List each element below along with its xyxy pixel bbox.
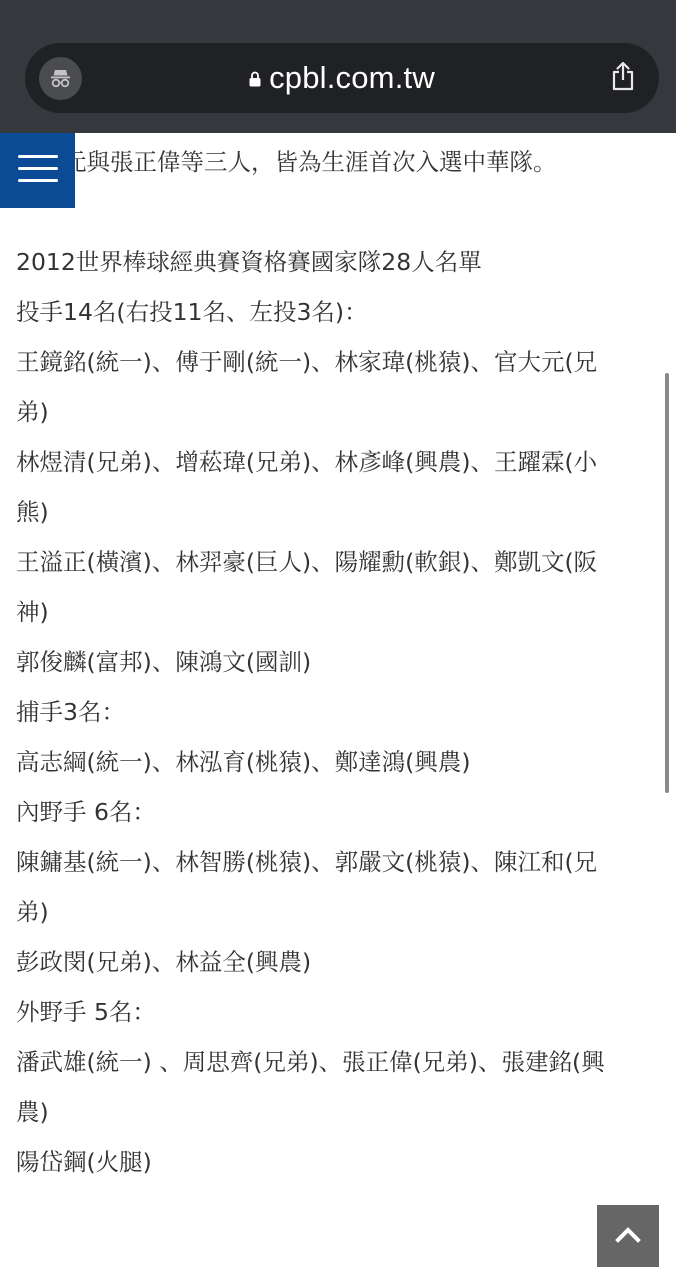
lock-icon [249, 71, 261, 87]
roster-line: 弟) [16, 897, 49, 927]
roster-line: 潘武雄(統一) 、周思齊(兄弟)、張正偉(兄弟)、張建銘(興 [16, 1047, 605, 1077]
share-icon[interactable] [611, 61, 635, 91]
roster-line: 陳鏞基(統一)、林智勝(桃猿)、郭嚴文(桃猿)、陳江和(兄 [16, 847, 597, 877]
roster-line: 神) [16, 597, 49, 627]
address-bar[interactable]: cpbl.com.tw [25, 43, 659, 113]
section-heading-catchers: 捕手3名： [16, 697, 125, 727]
section-heading-pitchers: 投手14名(右投11名、左投3名)： [16, 297, 368, 327]
roster-line: 郭俊麟(富邦)、陳鴻文(國訓) [16, 647, 311, 677]
roster-line: 熊) [16, 497, 49, 527]
scrollbar[interactable] [665, 373, 669, 793]
roster-title: 2012世界棒球經典賽資格賽國家隊28人名單 [16, 247, 482, 277]
back-to-top-button[interactable] [597, 1205, 659, 1267]
roster-line: 農) [16, 1097, 49, 1127]
roster-line: 王溢正(橫濱)、林羿豪(巨人)、陽耀勳(軟銀)、鄭凱文(阪 [16, 547, 597, 577]
hamburger-menu-button[interactable] [0, 133, 75, 208]
roster-line: 陽岱鋼(火腿) [16, 1147, 152, 1177]
url-text[interactable]: cpbl.com.tw [269, 60, 435, 96]
roster-line: 林煜清(兄弟)、增菘瑋(兄弟)、林彥峰(興農)、王躍霖(小 [16, 447, 597, 477]
roster-line: 彭政閔(兄弟)、林益全(興農) [16, 947, 311, 977]
roster-line: 弟) [16, 397, 49, 427]
chevron-up-icon [615, 1225, 641, 1245]
section-heading-infielders: 內野手 6名： [16, 797, 156, 827]
roster-line: 王鏡銘(統一)、傅于剛(統一)、林家瑋(桃猿)、官大元(兄 [16, 347, 597, 377]
intro-text: 官大元與張正偉等三人，皆為生涯首次入選中華隊。 [16, 147, 557, 177]
section-heading-outfielders: 外野手 5名： [16, 997, 156, 1027]
browser-toolbar: cpbl.com.tw [0, 0, 676, 133]
roster-line: 高志綱(統一)、林泓育(桃猿)、鄭達鴻(興農) [16, 747, 471, 777]
